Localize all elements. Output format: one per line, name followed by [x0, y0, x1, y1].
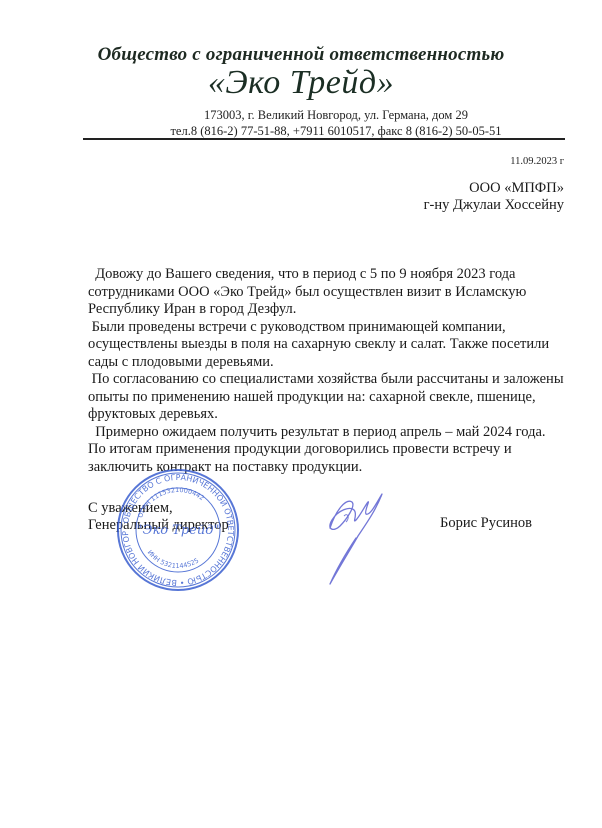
- signer-name: Борис Русинов: [440, 515, 532, 532]
- signature-icon: [316, 480, 396, 590]
- letter-date: 11.09.2023 г: [510, 156, 564, 167]
- letterhead-company-name: «Эко Трейд»: [0, 64, 602, 102]
- company-stamp-icon: ОБЩЕСТВО С ОГРАНИЧЕННОЙ ОТВЕТСТВЕННОСТЬЮ…: [116, 468, 240, 592]
- recipient-organization: ООО «МПФП»: [424, 180, 564, 197]
- svg-text:ИНН 5321144525: ИНН 5321144525: [146, 549, 201, 570]
- body-paragraph: По согласованию со специалистами хозяйст…: [88, 371, 568, 424]
- body-paragraph: Были проведены встречи с руководством пр…: [88, 319, 568, 372]
- letter-body: Довожу до Вашего сведения, что в период …: [88, 266, 568, 476]
- body-paragraph: Примерно ожидаем получить результат в пе…: [88, 424, 568, 442]
- letterhead-org-type: Общество с ограниченной ответственностью: [0, 44, 602, 66]
- recipient-block: ООО «МПФП» г-ну Джулаи Хоссейну: [424, 180, 564, 214]
- recipient-person: г-ну Джулаи Хоссейну: [424, 197, 564, 214]
- letterhead-address: 173003, г. Великий Новгород, ул. Германа…: [0, 108, 602, 123]
- letterhead-divider: [83, 138, 565, 140]
- body-paragraph: Довожу до Вашего сведения, что в период …: [88, 266, 568, 319]
- svg-text:"Эко Трейд": "Эко Трейд": [137, 523, 220, 538]
- letterhead-contacts: тел.8 (816-2) 77-51-88, +7911 6010517, ф…: [0, 124, 602, 139]
